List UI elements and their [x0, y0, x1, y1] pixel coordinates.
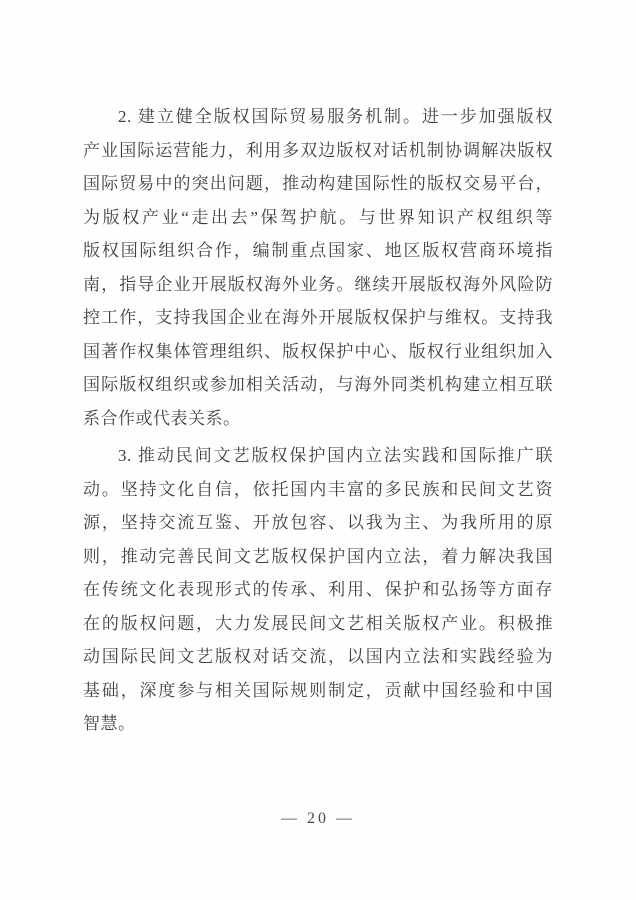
text-line: 南，指导企业开展版权海外业务。继续开展版权海外风险防 [83, 268, 553, 302]
text-line: 动。坚持文化自信，依托国内丰富的多民族和民间文艺资 [83, 473, 553, 507]
text-line: 源，坚持交流互鉴、开放包容、以我为主、为我所用的原 [83, 506, 553, 540]
document-body: 2. 建立健全版权国际贸易服务机制。进一步加强版权产业国际运营能力，利用多双边版… [83, 100, 553, 741]
text-line: 国著作权集体管理组织、版权保护中心、版权行业组织加入 [83, 335, 553, 369]
text-line: 动国际民间文艺版权对话交流，以国内立法和实践经验为 [83, 640, 553, 674]
text-line: 版权国际组织合作，编制重点国家、地区版权营商环境指 [83, 234, 553, 268]
text-line: 基础，深度参与相关国际规则制定，贡献中国经验和中国 [83, 674, 553, 708]
page-number: — 20 — [0, 805, 636, 833]
text-line: 产业国际运营能力，利用多双边版权对话机制协调解决版权 [83, 134, 553, 168]
text-line: 则，推动完善民间文艺版权保护国内立法，着力解决我国 [83, 540, 553, 574]
document-page: 2. 建立健全版权国际贸易服务机制。进一步加强版权产业国际运营能力，利用多双边版… [0, 0, 636, 900]
text-line: 智慧。 [83, 707, 553, 741]
text-line: 2. 建立健全版权国际贸易服务机制。进一步加强版权 [83, 100, 553, 134]
text-line: 控工作，支持我国企业在海外开展版权保护与维权。支持我 [83, 301, 553, 335]
paragraph: 2. 建立健全版权国际贸易服务机制。进一步加强版权产业国际运营能力，利用多双边版… [83, 100, 553, 435]
text-line: 3. 推动民间文艺版权保护国内立法实践和国际推广联 [83, 439, 553, 473]
text-line: 国际贸易中的突出问题，推动构建国际性的版权交易平台， [83, 167, 553, 201]
text-line: 在的版权问题，大力发展民间文艺相关版权产业。积极推 [83, 607, 553, 641]
paragraph: 3. 推动民间文艺版权保护国内立法实践和国际推广联动。坚持文化自信，依托国内丰富… [83, 439, 553, 741]
text-line: 在传统文化表现形式的传承、利用、保护和弘扬等方面存 [83, 573, 553, 607]
text-line: 系合作或代表关系。 [83, 402, 553, 436]
text-line: 为版权产业“走出去”保驾护航。与世界知识产权组织等 [83, 201, 553, 235]
text-line: 国际版权组织或参加相关活动，与海外同类机构建立相互联 [83, 368, 553, 402]
